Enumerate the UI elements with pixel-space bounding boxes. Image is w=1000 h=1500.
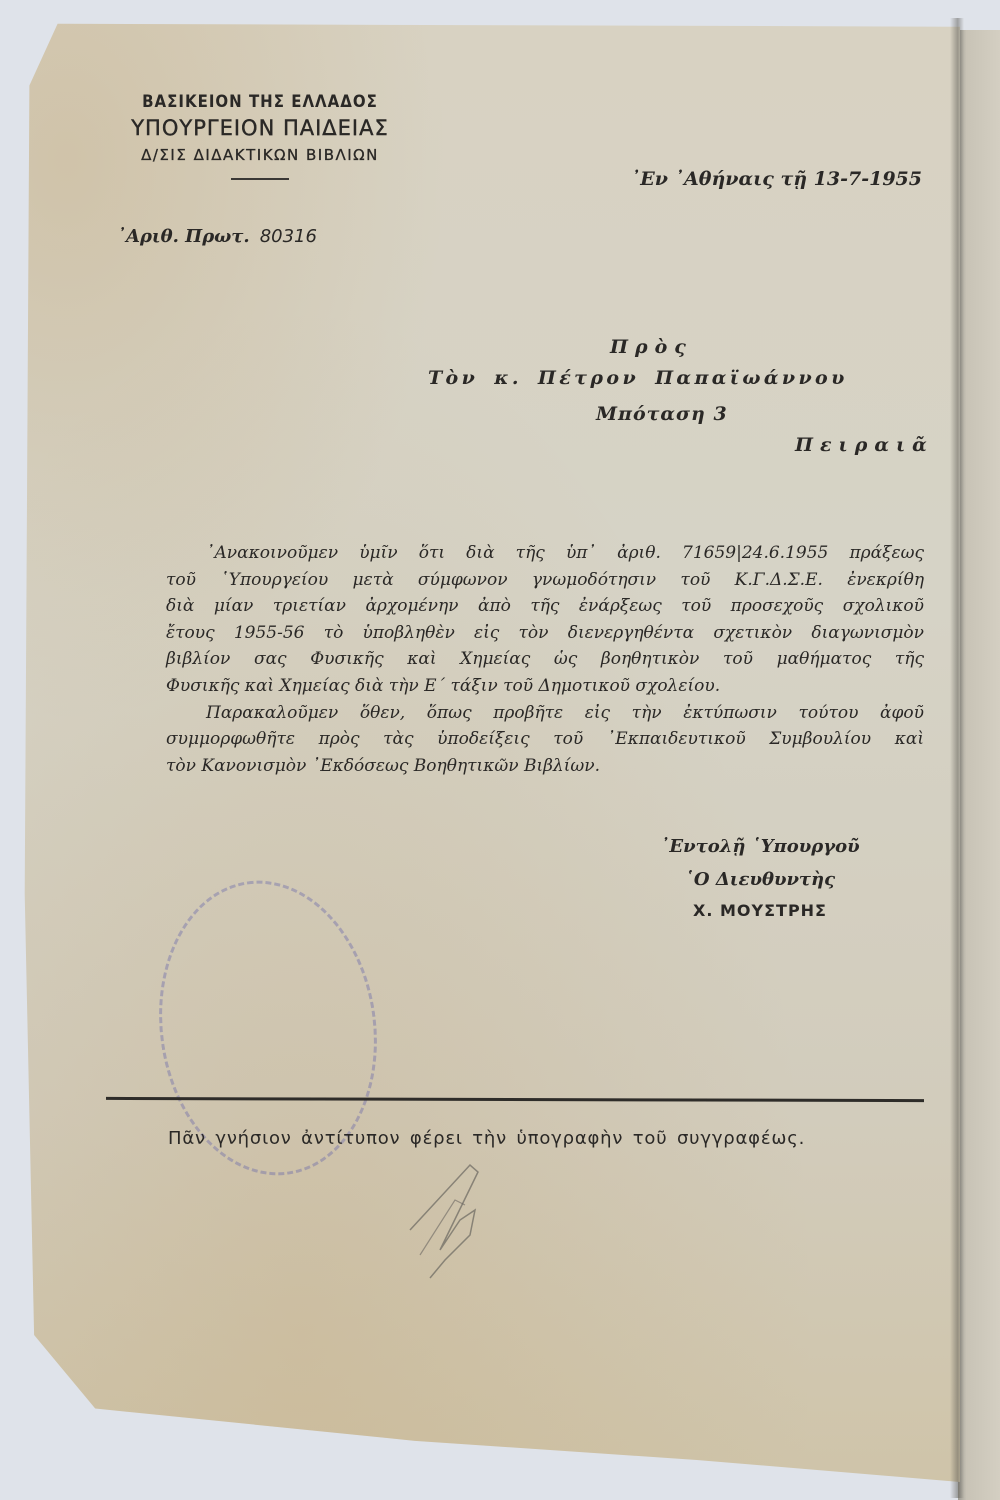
body-line: διὰ μίαν τριετίαν ἀρχομένην ἀπὸ τῆς ἐνάρ… xyxy=(166,593,924,620)
signature-block: ᾿Εντολῇ ῾Υπουργοῦ ῾Ο Διευθυντὴς Χ. ΜΟΥΣΤ… xyxy=(620,830,900,926)
adjacent-page-edge xyxy=(958,30,1000,1500)
body-line: ᾿Ανακοινοῦμεν ὑμῖν ὅτι διὰ τῆς ὑπ᾿ ἀριθ.… xyxy=(166,540,924,567)
letterhead-divider xyxy=(231,178,289,180)
body-line: Παρακαλοῦμεν ὅθεν, ὅπως προβῆτε εἰς τὴν … xyxy=(166,700,924,727)
body-line: ἔτους 1955-56 τὸ ὑποβληθὲν εἰς τὸν διενε… xyxy=(166,620,924,647)
body-line: τὸν Κανονισμὸν ᾿Εκδόσεως Βοηθητικῶν Βιβλ… xyxy=(166,753,924,780)
address-to: Πρὸς xyxy=(610,336,693,358)
body-line: βιβλίον σας Φυσικῆς καὶ Χημείας ὡς βοηθη… xyxy=(166,646,924,673)
signature-title: ῾Ο Διευθυντὴς xyxy=(620,863,900,896)
letterhead: ΒΑΣΙΚΕΙΟΝ ΤΗΣ ΕΛΛΑΔΟΣ ΥΠΟΥΡΓΕΙΟΝ ΠΑΙΔΕΙΑ… xyxy=(110,92,410,180)
authenticity-note: Πᾶν γνήσιον ἀντίτυπον φέρει τὴν ὑπογραφὴ… xyxy=(168,1128,805,1149)
protocol-value: 80316 xyxy=(260,226,317,247)
book-gutter xyxy=(950,18,964,1498)
letter-date: ᾿Εν ᾿Αθήναις τῇ 13-7-1955 xyxy=(631,168,922,190)
address-street: Μπόταση 3 xyxy=(596,403,728,425)
protocol-number: ᾿Αριθ. Πρωτ.80316 xyxy=(117,226,317,247)
body-line: συμμορφωθῆτε πρὸς τὰς ὑποδείξεις τοῦ ᾿Εκ… xyxy=(166,726,924,753)
kingdom-heading: ΒΑΣΙΚΕΙΟΝ ΤΗΣ ΕΛΛΑΔΟΣ xyxy=(110,91,410,112)
address-recipient: Τὸν κ. Πέτρον Παπαϊωάννου xyxy=(428,367,848,389)
directorate-heading: Δ/ΣΙΣ ΔΙΔΑΚΤΙΚΩΝ ΒΙΒΛΙΩΝ xyxy=(110,146,410,164)
body-line: Φυσικῆς καὶ Χημείας διὰ τὴν Ε΄ τάξιν τοῦ… xyxy=(166,673,924,700)
body-line: τοῦ ῾Υπουργείου μετὰ σύμφωνον γνωμοδότησ… xyxy=(166,567,924,594)
protocol-label: ᾿Αριθ. Πρωτ. xyxy=(117,226,250,247)
ministry-heading: ΥΠΟΥΡΓΕΙΟΝ ΠΑΙΔΕΙΑΣ xyxy=(110,116,410,140)
letter-body: ᾿Ανακοινοῦμεν ὑμῖν ὅτι διὰ τῆς ὑπ᾿ ἀριθ.… xyxy=(166,540,924,779)
address-city: Πειραιᾶ xyxy=(795,434,934,456)
signature-authority: ᾿Εντολῇ ῾Υπουργοῦ xyxy=(620,830,900,863)
author-signature-icon xyxy=(400,1160,500,1280)
signatory-name: Χ. ΜΟΥΣΤΡΗΣ xyxy=(620,896,900,926)
